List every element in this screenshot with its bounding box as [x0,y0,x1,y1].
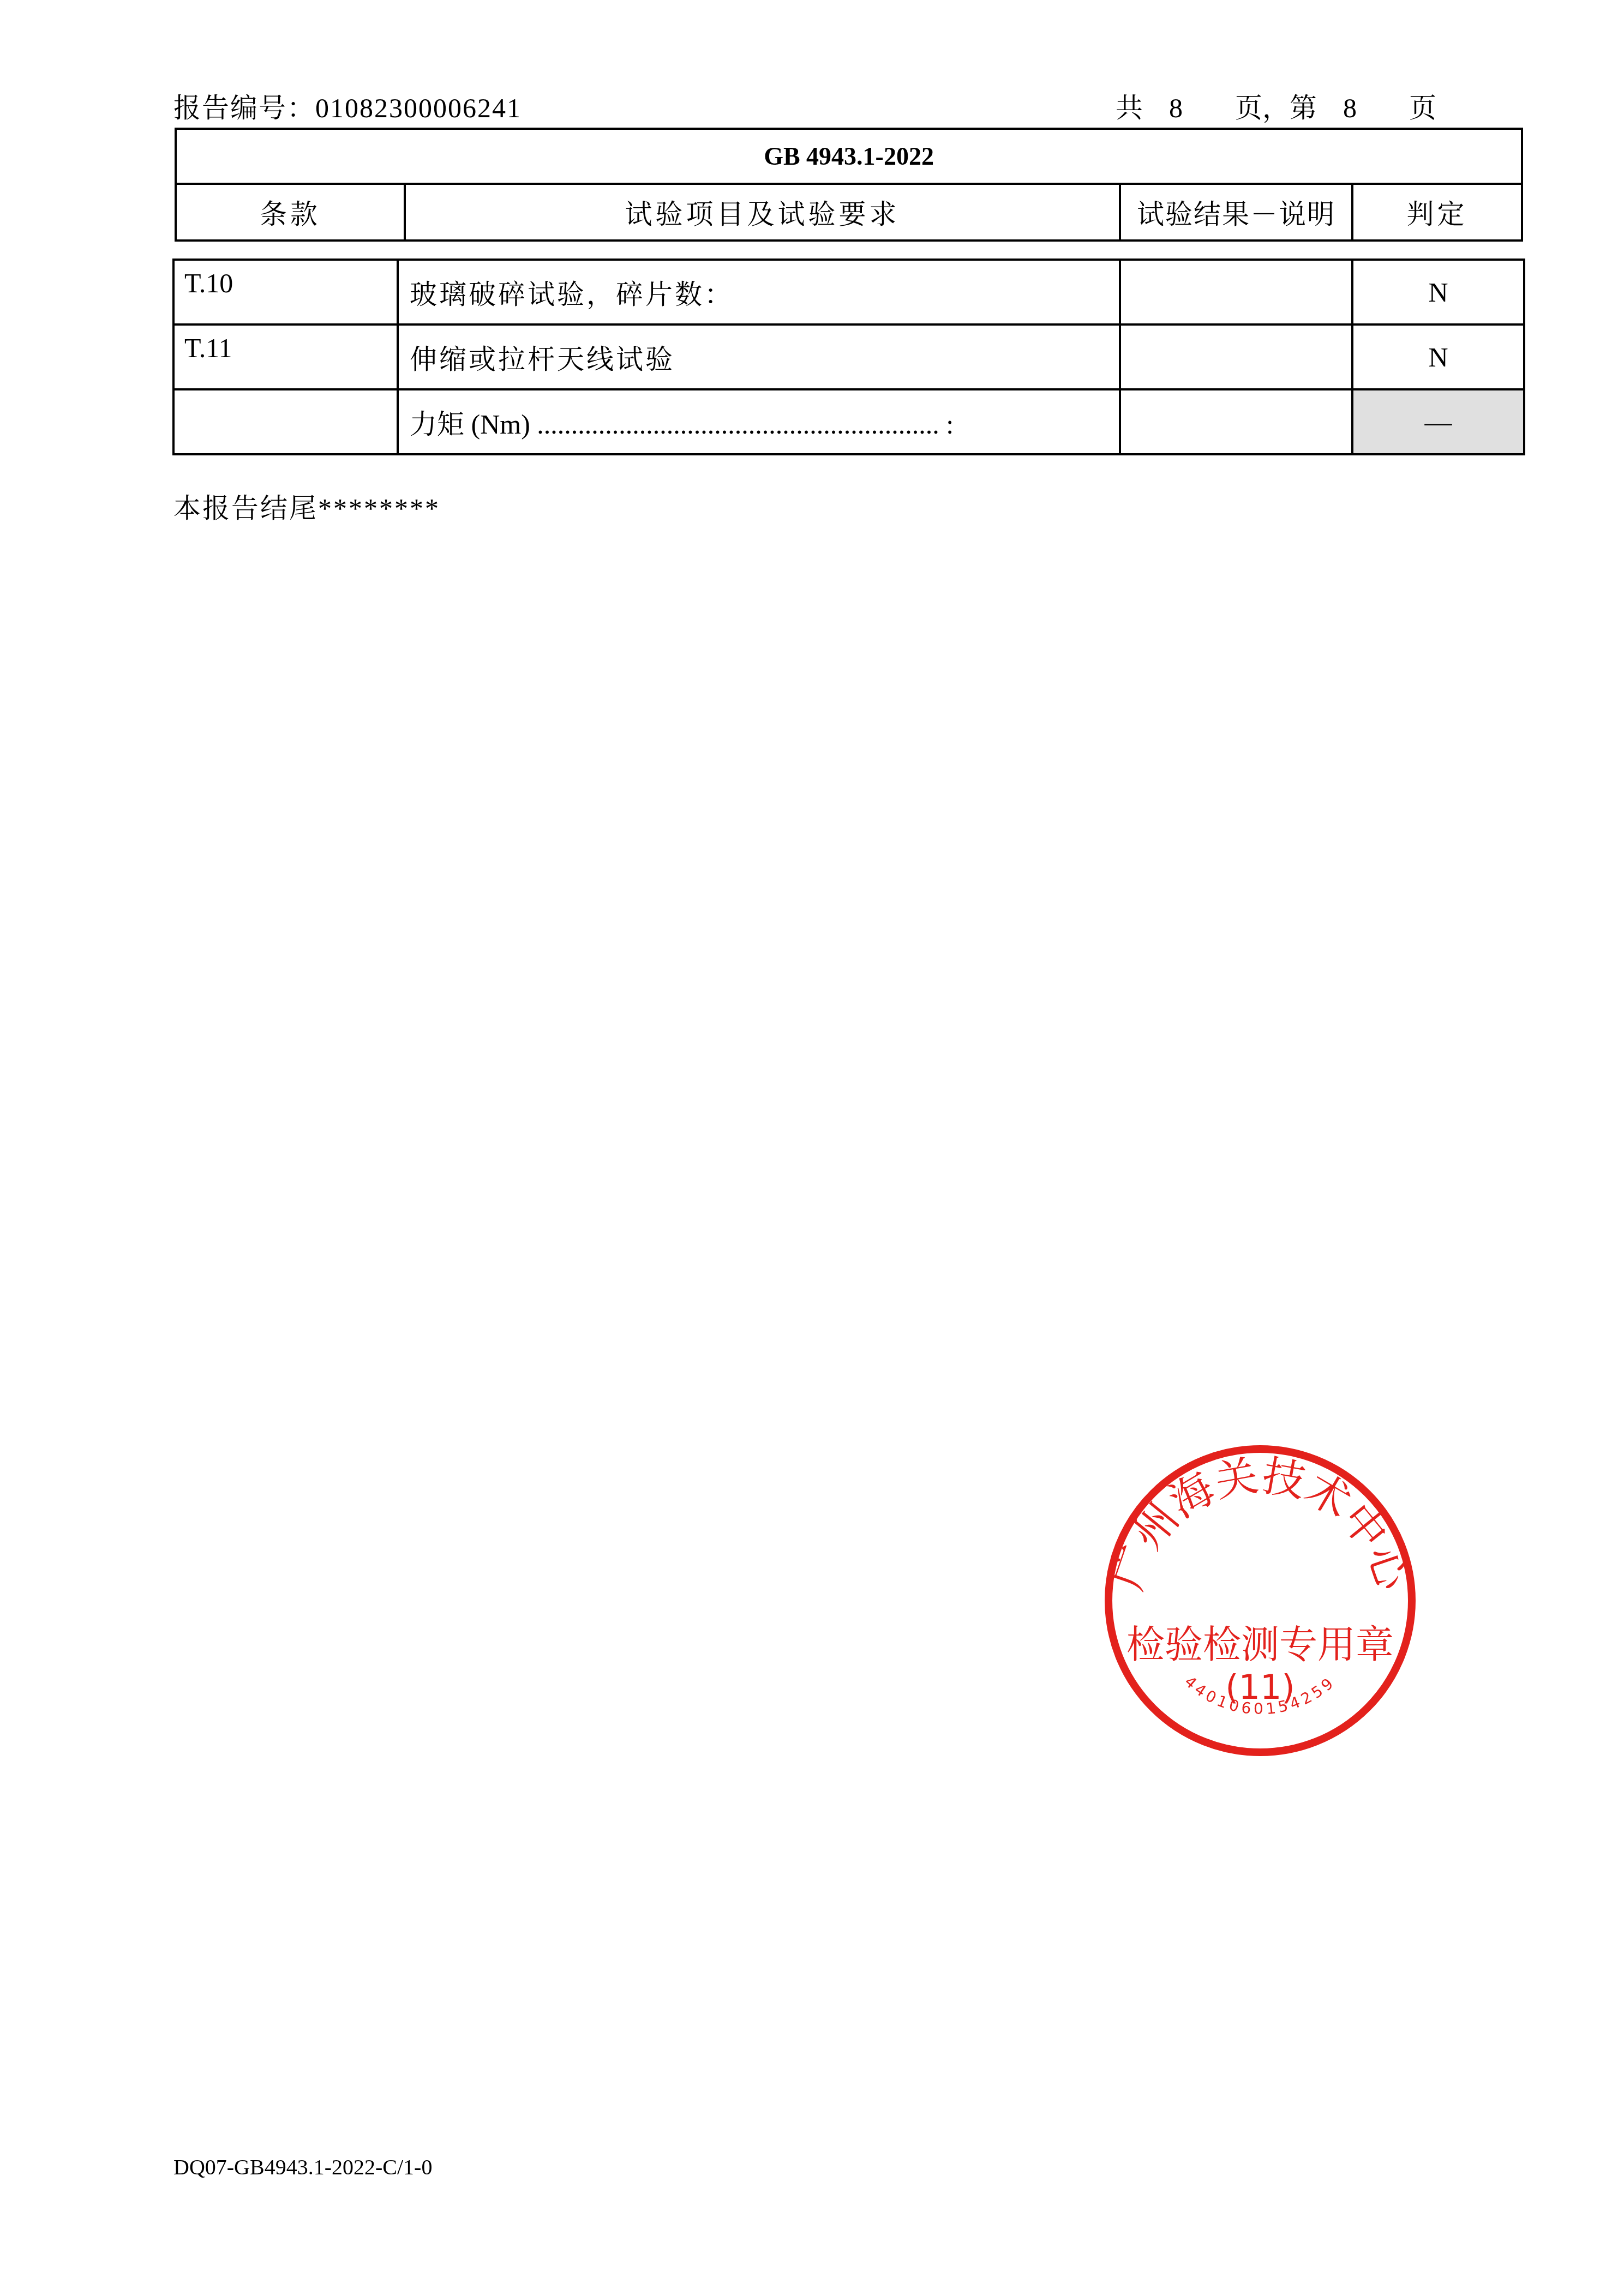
report-number: 报告编号：01082300006241 [173,86,522,125]
seal-icon: 广州海关技术中心 检验检测专用章 (11) 4401060154259 [1099,1440,1421,1762]
item-cell: 玻璃破碎试验，碎片数： [398,260,1120,324]
verdict-cell-na: — [1352,389,1524,454]
pages-total: 8 [1169,92,1183,124]
item-cell: 力矩 (Nm) ................................… [398,389,1120,454]
result-cell [1120,324,1352,389]
pages-suffix: 页 [1409,86,1436,125]
column-header-result: 试验结果－说明 [1120,184,1352,241]
svg-text:广州海关技术中心: 广州海关技术中心 [1103,1451,1418,1597]
official-seal: 广州海关技术中心 检验检测专用章 (11) 4401060154259 [1099,1440,1421,1762]
table-row: 力矩 (Nm) ................................… [173,389,1524,454]
table-row: T.10 玻璃破碎试验，碎片数： N [173,260,1524,324]
end-of-report-note: 本报告结尾******** [173,486,440,526]
report-number-value: 01082300006241 [315,93,522,123]
clause-cell: T.11 [173,324,398,389]
results-table: T.10 玻璃破碎试验，碎片数： N T.11 伸缩或拉杆天线试验 N 力矩 (… [172,259,1525,455]
verdict-cell: N [1352,260,1524,324]
pages-total-prefix: 共 [1116,86,1143,125]
clause-cell: T.10 [173,260,398,324]
item-cell: 伸缩或拉杆天线试验 [398,324,1120,389]
clause-cell [173,389,398,454]
verdict-cell: N [1352,324,1524,389]
form-code: DQ07-GB4943.1-2022-C/1-0 [173,2154,432,2180]
svg-text:检验检测专用章: 检验检测专用章 [1126,1622,1394,1667]
result-cell [1120,389,1352,454]
page-current: 8 [1343,92,1357,124]
table-row: T.11 伸缩或拉杆天线试验 N [173,324,1524,389]
column-header-item: 试验项目及试验要求 [405,184,1120,241]
column-header-verdict: 判定 [1352,184,1522,241]
result-cell [1120,260,1352,324]
standard-title: GB 4943.1-2022 [176,129,1522,184]
page-counter: 共8页，第8页 [1116,86,1436,125]
report-number-label: 报告编号： [173,93,315,123]
table-header: GB 4943.1-2022 条款 试验项目及试验要求 试验结果－说明 判定 [175,128,1523,242]
column-header-clause: 条款 [176,184,405,241]
pages-sep: 页，第 [1235,86,1317,125]
